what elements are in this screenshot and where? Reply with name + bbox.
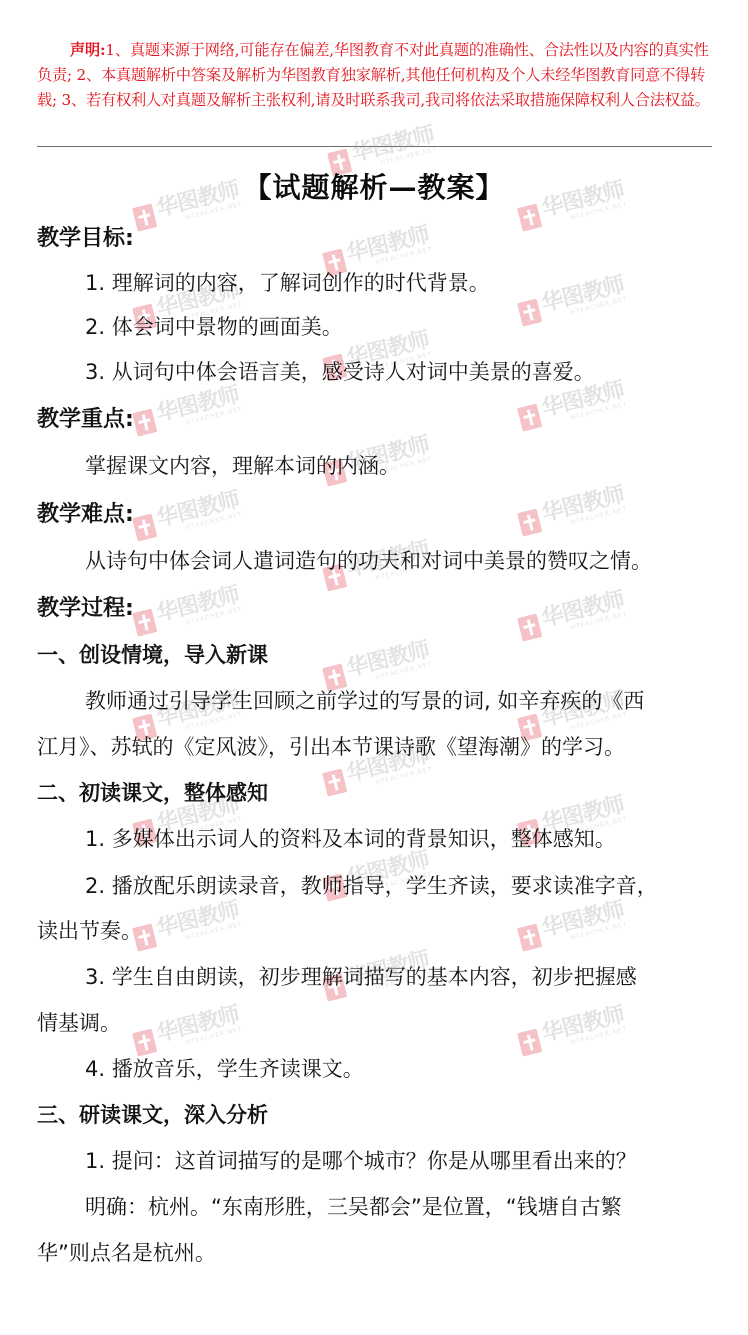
process-step-line: 1. 多媒体出示词人的资料及本词的背景知识，整体感知。 [85, 824, 712, 854]
section-heading-difficulties: 教学难点: [37, 500, 712, 530]
goal-item: 1. 理解词的内容，了解词创作的时代背景。 [85, 268, 712, 298]
document-page: 声明:1、真题来源于网络,可能存在偏差,华图教育不对此真题的准确性、合法性以及内… [0, 0, 748, 1335]
process-step-line: 华”则点名是杭州。 [37, 1238, 712, 1268]
difficulties-text: 从诗句中体会词人遣词造句的功夫和对词中美景的赞叹之情。 [85, 546, 712, 576]
disclaimer-text: 1、真题来源于网络,可能存在偏差,华图教育不对此真题的准确性、合法性以及内容的真… [37, 41, 710, 109]
process-step-line: 教师通过引导学生回顾之前学过的写景的词, 如辛弃疾的《西 [85, 686, 712, 716]
process-step-line: 4. 播放音乐，学生齐读课文。 [85, 1054, 712, 1084]
key-points-text: 掌握课文内容，理解本词的内涵。 [85, 451, 712, 481]
goal-item: 3. 从词句中体会语言美，感受诗人对词中美景的喜爱。 [85, 357, 712, 387]
section-heading-key-points: 教学重点: [37, 405, 712, 435]
process-step-title: 三、研读课文，深入分析 [37, 1100, 712, 1130]
section-heading-goals: 教学目标: [37, 224, 712, 254]
header-divider [37, 146, 712, 147]
process-step-line: 读出节奏。 [37, 916, 712, 946]
process-step-line: 江月》、苏轼的《定风波》，引出本节课诗歌《望海潮》的学习。 [37, 732, 712, 762]
process-step-line: 明确：杭州。“东南形胜，三吴都会”是位置，“钱塘自古繁 [85, 1192, 712, 1222]
process-step-line: 情基调。 [37, 1008, 712, 1038]
process-step-line: 3. 学生自由朗读，初步理解词描写的基本内容，初步把握感 [85, 962, 712, 992]
process-step-line: 2. 播放配乐朗读录音，教师指导，学生齐读，要求读准字音， [85, 871, 712, 901]
disclaimer-label: 声明: [70, 41, 105, 59]
process-step-line: 1. 提问：这首词描写的是哪个城市？你是从哪里看出来的？ [85, 1146, 712, 1176]
section-heading-process: 教学过程: [37, 594, 712, 624]
disclaimer: 声明:1、真题来源于网络,可能存在偏差,华图教育不对此真题的准确性、合法性以及内… [37, 38, 712, 113]
document-title: 【试题解析—教案】 [0, 168, 748, 208]
process-step-title: 二、初读课文，整体感知 [37, 778, 712, 808]
process-step-title: 一、创设情境，导入新课 [37, 640, 712, 670]
goal-item: 2. 体会词中景物的画面美。 [85, 312, 712, 342]
